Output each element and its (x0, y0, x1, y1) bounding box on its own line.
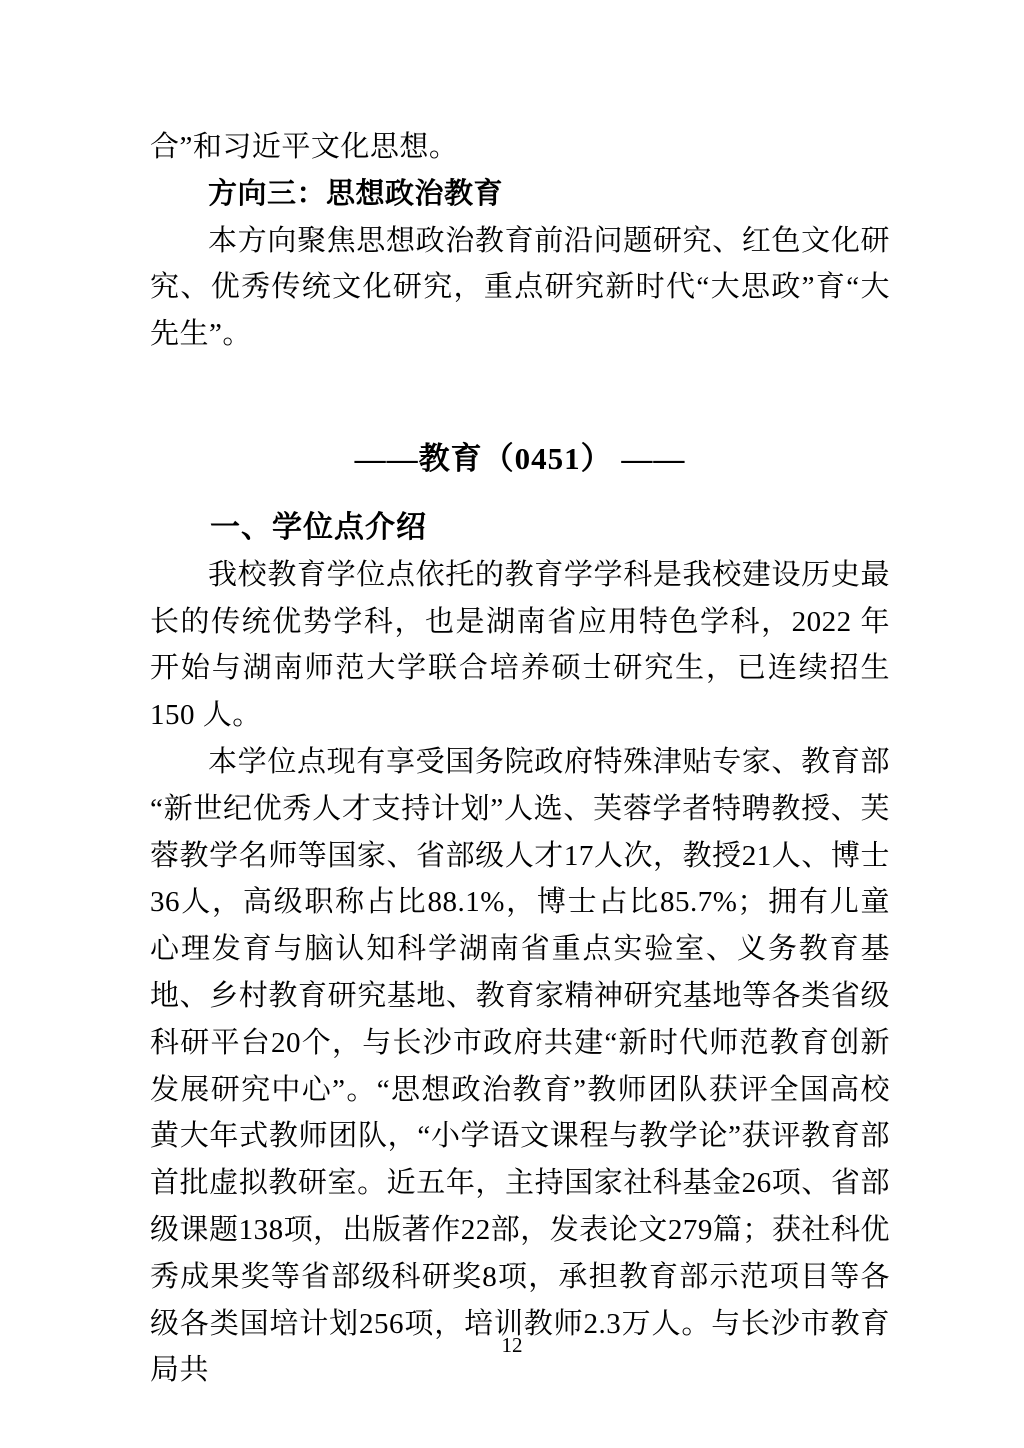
page-number: 12 (0, 1332, 1024, 1358)
paragraph-direction-three-body: 本方向聚焦思想政治教育前沿问题研究、红色文化研究、优秀传统文化研究，重点研究新时… (150, 218, 890, 358)
paragraph-degree-point-history: 我校教育学位点依托的教育学学科是我校建设历史最长的传统优势学科，也是湖南省应用特… (150, 552, 890, 739)
document-body: 合”和习近平文化思想。 方向三：思想政治教育 本方向聚焦思想政治教育前沿问题研究… (150, 124, 890, 1394)
paragraph-degree-point-achievements: 本学位点现有享受国务院政府特殊津贴专家、教育部“新世纪优秀人才支持计划”人选、芙… (150, 739, 890, 1394)
heading-direction-three: 方向三：思想政治教育 (150, 171, 890, 218)
document-page: 合”和习近平文化思想。 方向三：思想政治教育 本方向聚焦思想政治教育前沿问题研究… (0, 0, 1024, 1448)
heading-degree-point-introduction: 一、学位点介绍 (150, 505, 890, 552)
section-title-education-0451: ——教育（0451） —— (150, 434, 890, 484)
paragraph-continuation: 合”和习近平文化思想。 (150, 124, 890, 171)
